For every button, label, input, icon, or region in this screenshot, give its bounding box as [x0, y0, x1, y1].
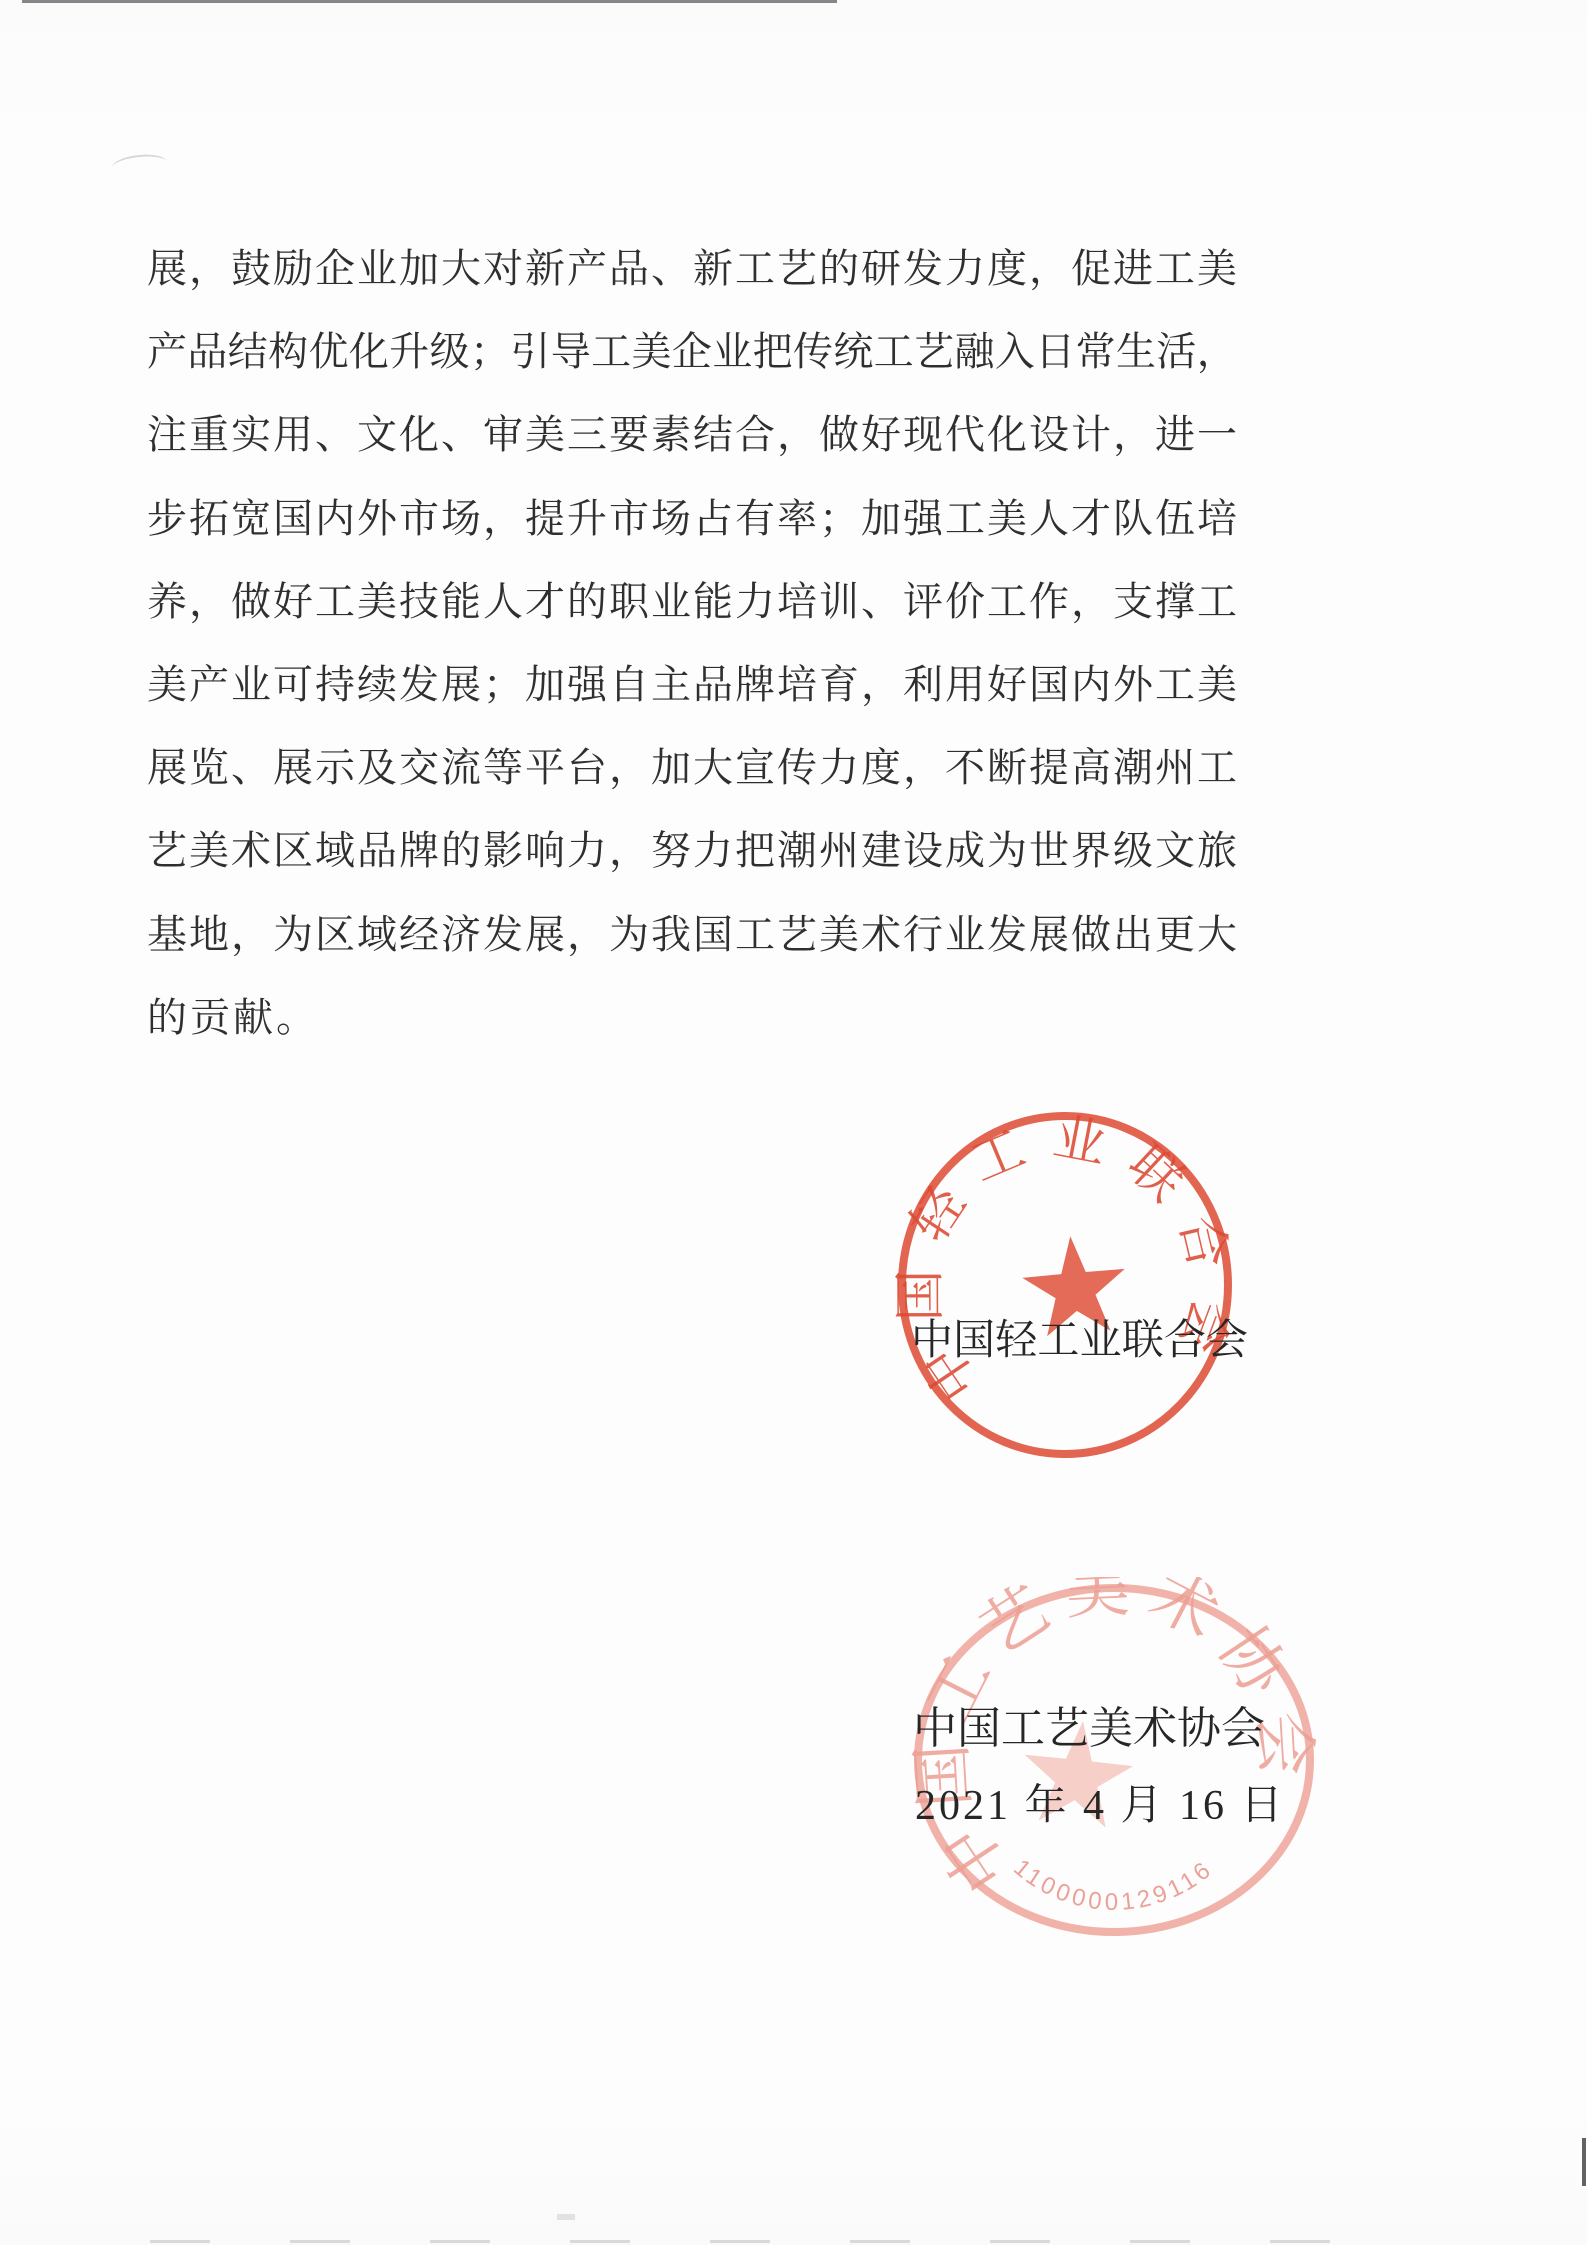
official-seal-light-industry: 中国轻工业联合会: [885, 1103, 1245, 1467]
official-seal-arts-crafts: 中国工艺美术协会 1100000129116: [904, 1577, 1324, 1943]
scanned-document-page: 展，鼓励企业加大对新产品、新工艺的研发力度，促进工美 产品结构优化升级；引导工美…: [0, 0, 1587, 2245]
scan-artifact-spot: [557, 2214, 575, 2220]
paragraph-line: 展览、展示及交流等平台，加大宣传力度，不断提高潮州工: [147, 723, 1237, 806]
signature-date: 2021 年 4 月 16 日: [915, 1779, 1286, 1825]
scan-artifact-bottom-edge: [150, 2240, 1360, 2243]
paragraph-line: 步拓宽国内外市场，提升市场占有率；加强工美人才队伍培: [147, 474, 1237, 557]
seal-serial-number: 1100000129116: [1008, 1854, 1218, 1916]
scan-artifact-smudge: [111, 152, 168, 178]
paragraph-line: 养，做好工美技能人才的职业能力培训、评价工作，支撑工: [147, 557, 1237, 640]
paragraph-line: 展，鼓励企业加大对新产品、新工艺的研发力度，促进工美: [147, 224, 1237, 307]
scan-artifact-right-edge: [1582, 2138, 1586, 2186]
paragraph-line: 基地，为区域经济发展，为我国工艺美术行业发展做出更大: [147, 890, 1237, 973]
paragraph-line: 艺美术区域品牌的影响力，努力把潮州建设成为世界级文旅: [147, 806, 1237, 889]
paragraph-line: 产品结构优化升级；引导工美企业把传统工艺融入日常生活，: [147, 307, 1237, 390]
svg-text:1100000129116: 1100000129116: [1008, 1854, 1218, 1916]
body-paragraph: 展，鼓励企业加大对新产品、新工艺的研发力度，促进工美 产品结构优化升级；引导工美…: [147, 224, 1237, 1056]
paragraph-line: 注重实用、文化、审美三要素结合，做好现代化设计，进一: [147, 390, 1237, 473]
scan-artifact-top-edge: [22, 0, 837, 3]
paragraph-line: 美产业可持续发展；加强自主品牌培育，利用好国内外工美: [147, 640, 1237, 723]
paragraph-line: 的贡献。: [147, 973, 1237, 1056]
signature-light-industry-federation: 中国轻工业联合会: [911, 1313, 1248, 1361]
signature-arts-crafts-association: 中国工艺美术协会: [913, 1700, 1265, 1748]
